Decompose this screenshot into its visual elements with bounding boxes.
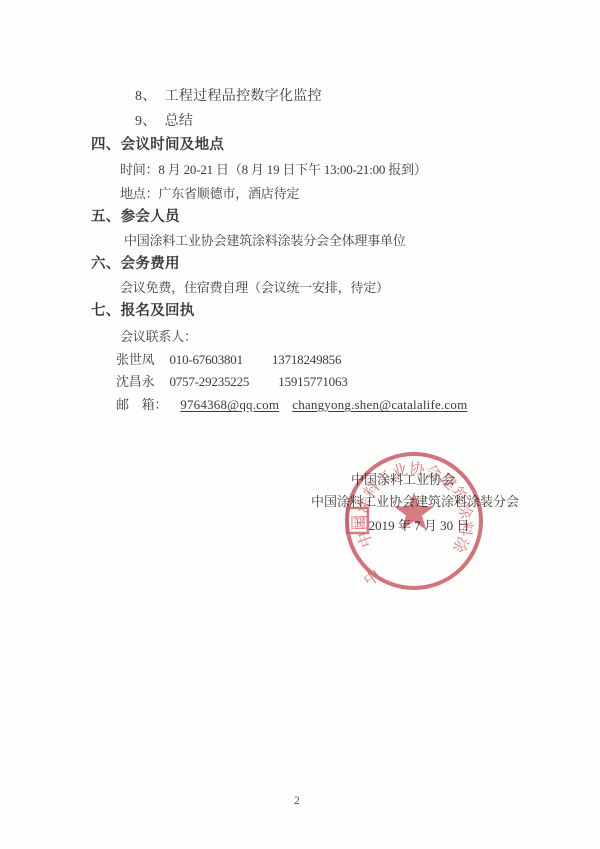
contact-phone: 0757-29235225	[169, 374, 249, 389]
agenda-item-number: 9、	[135, 114, 157, 129]
section-heading-registration: 七、报名及回执	[91, 303, 195, 320]
seal-inner-char: 中	[360, 566, 383, 590]
contact-name: 沈昌永	[116, 374, 154, 389]
section-heading-attendees: 五、参会人员	[91, 209, 180, 226]
signature-org-line1: 中国涂料工业协会	[351, 469, 455, 488]
contact-mobile: 15915771063	[278, 374, 347, 389]
contact-label-line: 会议联系人：	[120, 329, 197, 345]
fees-body-line: 会议免费，住宿费自理（会议统一安排，待定）	[120, 280, 389, 296]
contact-row-1: 张世凤 010-67603801 13718249856	[116, 352, 341, 368]
contact-mobile: 13718249856	[272, 352, 341, 367]
agenda-item-8: 8、工程过程品控数字化监控	[135, 89, 322, 106]
scanned-document-page: 8、工程过程品控数字化监控 9、总结 四、会议时间及地点 时间：8 月 20-2…	[0, 0, 600, 849]
agenda-item-9: 9、总结	[135, 114, 193, 131]
page-number: 2	[294, 795, 300, 807]
meeting-place-line: 地点：广东省顺德市，酒店待定	[120, 186, 299, 202]
agenda-item-text: 工程过程品控数字化监控	[165, 89, 322, 104]
signature-date-line: 2019 年 7 月 30 日	[369, 515, 470, 534]
signature-org-line2: 中国涂料工业协会建筑涂料涂装分会	[311, 491, 519, 510]
agenda-item-number: 8、	[135, 89, 157, 104]
agenda-item-text: 总结	[165, 114, 194, 129]
seal-box-char: 国	[350, 515, 365, 532]
meeting-time-line: 时间：8 月 20-21 日（8 月 19 日下午 13:00-21:00 报到…	[120, 162, 427, 178]
contact-phone: 010-67603801	[169, 352, 242, 367]
email-row: 邮 箱： 9764368@qq.com changyong.shen@catal…	[116, 397, 467, 413]
contact-name: 张世凤	[116, 352, 154, 367]
contact-row-2: 沈昌永 0757-29235225 15915771063	[116, 374, 348, 390]
email-label: 邮 箱：	[116, 397, 167, 412]
section-heading-time-place: 四、会议时间及地点	[91, 137, 224, 154]
seal-box	[347, 508, 368, 533]
section-heading-fees: 六、会务费用	[91, 256, 180, 273]
email-address-catalalife: changyong.shen@catalalife.com	[292, 397, 467, 412]
attendees-body-line: 中国涂料工业协会建筑涂料涂装分会全体理事单位	[124, 233, 406, 249]
email-address-qq: 9764368@qq.com	[180, 397, 279, 412]
